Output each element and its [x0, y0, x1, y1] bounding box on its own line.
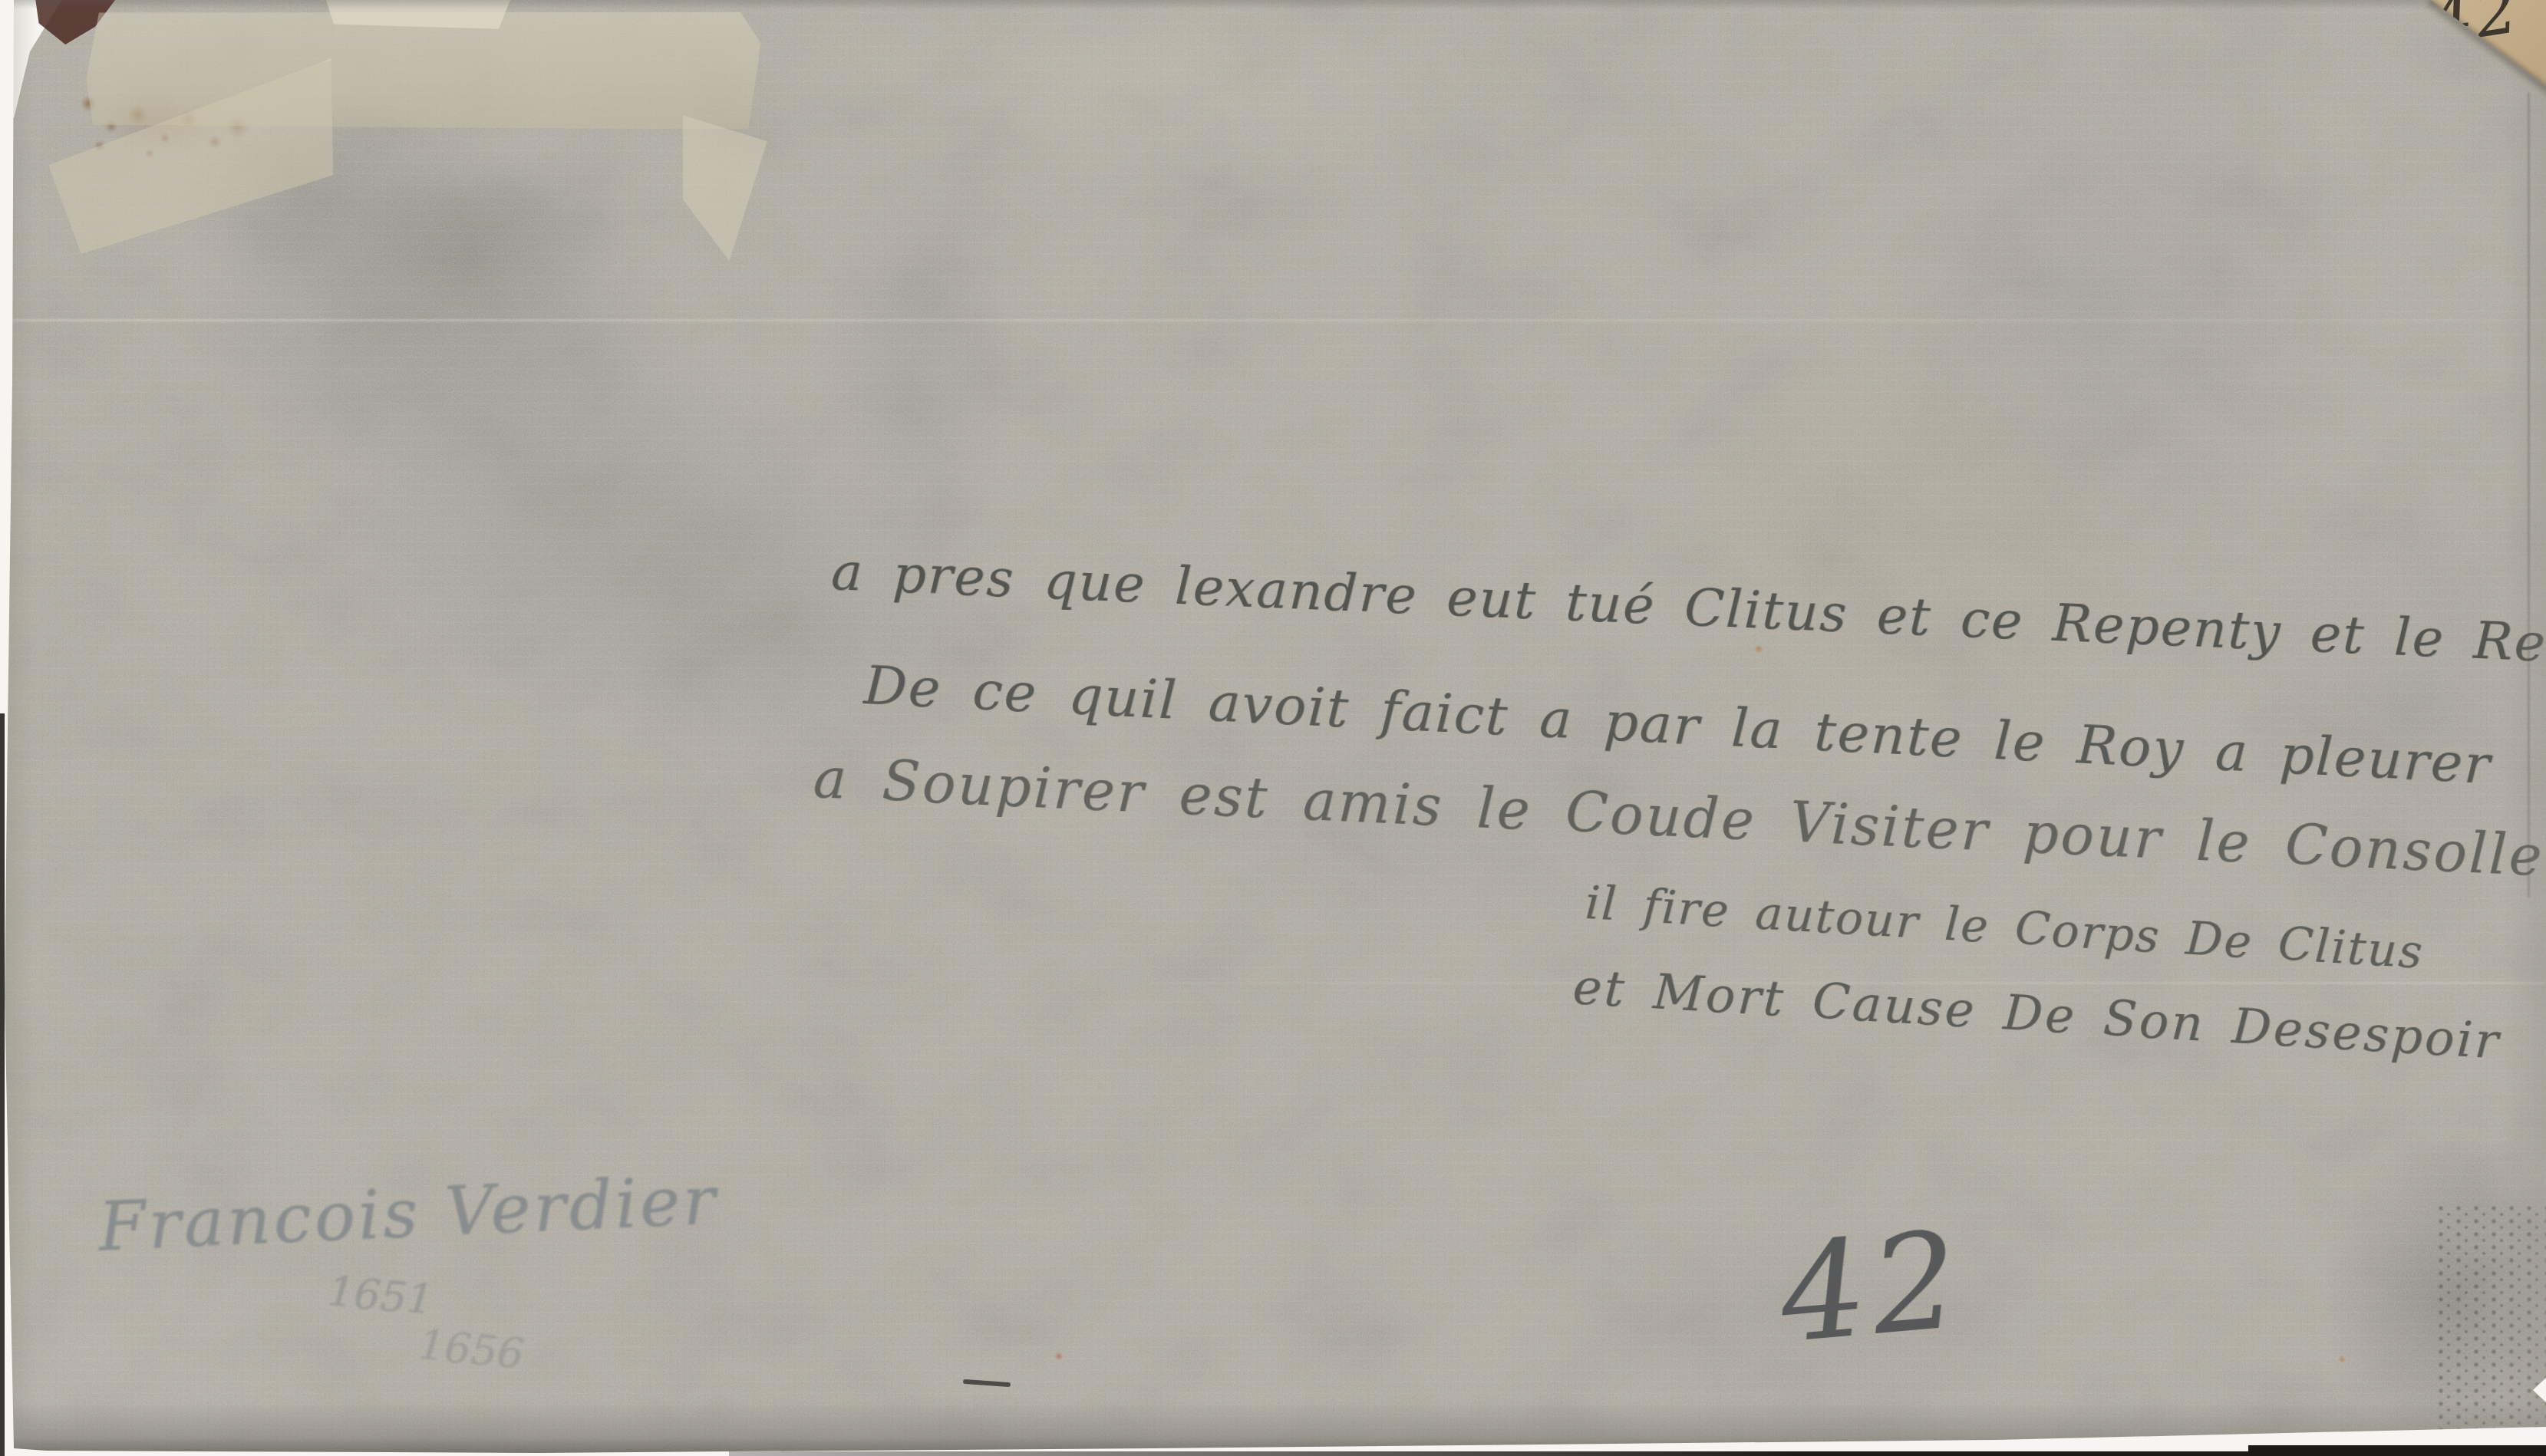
right-edge-shadow [2500, 0, 2546, 1456]
date-annotation-2: 1656 [417, 1321, 526, 1379]
top-edge-shadow [0, 0, 2546, 9]
left-edge-shadow [0, 0, 35, 1456]
scan-bottom-line [729, 1451, 2256, 1456]
sheet-number: 42 [1774, 1202, 1970, 1373]
paper-sheet: a pres que lexandre eut tué Clitus et ce… [0, 0, 2546, 1456]
document-scan: 42 [0, 0, 2546, 1456]
scan-edge-sliver [0, 713, 5, 1456]
date-annotation-1: 1651 [326, 1267, 435, 1325]
horizontal-fold-line [0, 319, 2546, 321]
bottom-edge-shadow [0, 1401, 2546, 1456]
scan-bottom-black-strip [2248, 1445, 2546, 1456]
